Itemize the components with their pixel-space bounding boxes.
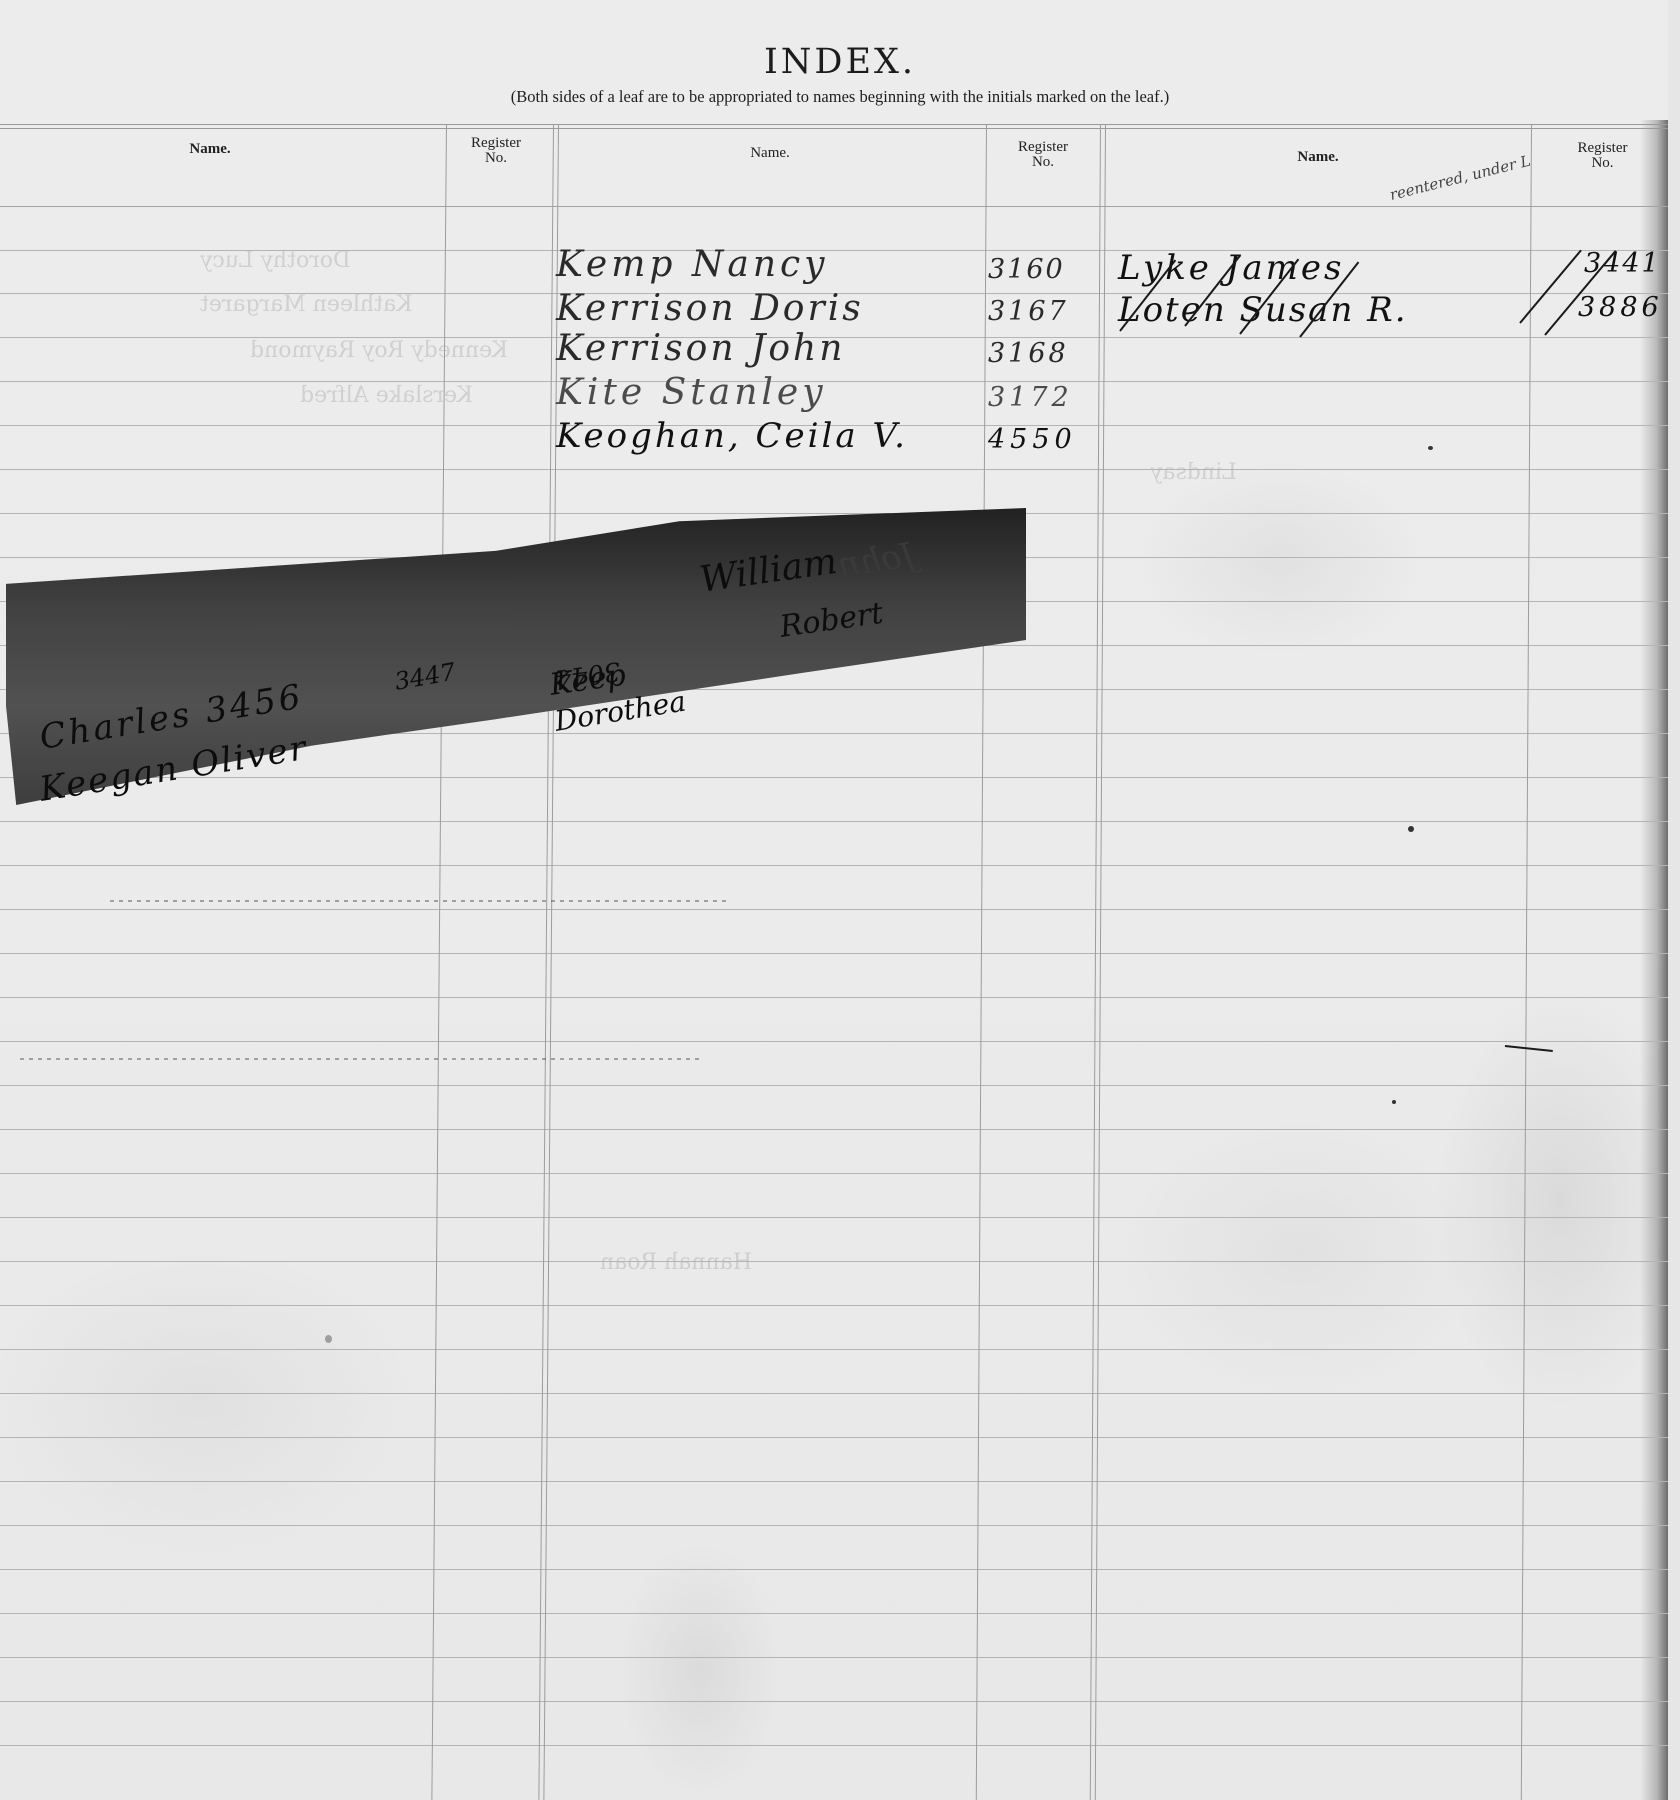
paste-residue-line bbox=[20, 1058, 700, 1060]
bleed-through-text: Hannah Roan bbox=[600, 1250, 752, 1275]
column-1-name-header: Name. bbox=[100, 142, 320, 157]
column-2-name-header: Name. bbox=[660, 146, 880, 161]
ruled-line bbox=[0, 250, 1668, 251]
ruled-line bbox=[0, 777, 1668, 778]
register-header-line2: No. bbox=[1550, 156, 1655, 171]
register-header-line2: No. bbox=[988, 155, 1098, 170]
ruled-line bbox=[0, 865, 1668, 866]
register-header-line1: Register bbox=[446, 136, 546, 151]
entry-register-no: 3167 bbox=[988, 296, 1069, 327]
ruled-line bbox=[0, 909, 1668, 910]
ruled-line bbox=[0, 1613, 1668, 1614]
bleed-through-text: Kerslake Alfred bbox=[300, 383, 473, 408]
column-divider bbox=[976, 124, 987, 1800]
ruled-line bbox=[0, 821, 1668, 822]
entry-register-no: 3886 bbox=[1578, 292, 1663, 323]
ruled-line bbox=[0, 1085, 1668, 1086]
arrow-mark bbox=[1505, 1045, 1553, 1052]
ruled-line bbox=[0, 997, 1668, 998]
entry-register-no: 3160 bbox=[988, 254, 1065, 285]
column-divider bbox=[431, 124, 447, 1800]
entry-name: Kite Stanley bbox=[556, 372, 827, 413]
page-subtitle: (Both sides of a leaf are to be appropri… bbox=[0, 87, 1680, 107]
ruled-line bbox=[0, 1217, 1668, 1218]
page-title: INDEX. bbox=[0, 42, 1680, 82]
ruled-line bbox=[0, 1569, 1668, 1570]
page-edge-shadow bbox=[1640, 120, 1668, 1800]
entry-name: Kerrison John bbox=[556, 328, 845, 369]
column-3-register-header: Register No. bbox=[1550, 141, 1655, 171]
ruled-line bbox=[0, 1701, 1668, 1702]
ruled-line bbox=[0, 1525, 1668, 1526]
ruled-line bbox=[0, 1173, 1668, 1174]
entry-register-no: 3172 bbox=[988, 382, 1073, 413]
index-page: Dorothy Lucy Kathleen Margaret Kennedy R… bbox=[0, 0, 1668, 1800]
header-top-rule bbox=[0, 124, 1668, 129]
ruled-line bbox=[0, 1261, 1668, 1262]
entry-name: Loten Susan R. bbox=[1118, 290, 1408, 330]
column-2-register-header: Register No. bbox=[988, 140, 1098, 170]
ruled-line bbox=[0, 469, 1668, 470]
entry-register-no: 4550 bbox=[988, 424, 1077, 455]
column-1-register-header: Register No. bbox=[446, 136, 546, 166]
column-3-name-header: Name. bbox=[1208, 150, 1428, 165]
paste-residue-line bbox=[110, 900, 730, 902]
ruled-line bbox=[0, 1349, 1668, 1350]
ruled-line bbox=[0, 953, 1668, 954]
ruled-line bbox=[0, 1437, 1668, 1438]
bleed-through-text: Kennedy Roy Raymond bbox=[250, 338, 508, 363]
ruled-line bbox=[0, 1041, 1668, 1042]
ruled-line bbox=[0, 1657, 1668, 1658]
entry-register-no: 3168 bbox=[988, 338, 1069, 369]
ruled-line bbox=[0, 381, 1668, 382]
header-bottom-rule bbox=[0, 206, 1668, 207]
stain-spot bbox=[325, 1335, 332, 1343]
ruled-line bbox=[0, 1305, 1668, 1306]
ruled-line bbox=[0, 513, 1668, 514]
strike-mark bbox=[1519, 250, 1582, 324]
column-divider bbox=[1521, 124, 1532, 1800]
ink-spot bbox=[1392, 1100, 1396, 1104]
bleed-through-text: Kathleen Margaret bbox=[200, 292, 413, 317]
register-header-line1: Register bbox=[1550, 141, 1655, 156]
ruled-line bbox=[0, 1745, 1668, 1746]
ink-spot bbox=[1428, 446, 1433, 450]
entry-name: Keoghan, Ceila V. bbox=[556, 416, 908, 456]
ruled-line bbox=[0, 1481, 1668, 1482]
ruled-line bbox=[0, 1393, 1668, 1394]
register-header-line2: No. bbox=[446, 151, 546, 166]
register-header-line1: Register bbox=[988, 140, 1098, 155]
entry-name: Kerrison Doris bbox=[556, 288, 864, 329]
ink-spot bbox=[1408, 826, 1414, 832]
entry-name: Kemp Nancy bbox=[556, 244, 829, 285]
column-divider-double bbox=[1090, 124, 1106, 1800]
ruled-line bbox=[0, 1129, 1668, 1130]
bleed-through-text: Lindsay bbox=[1150, 460, 1237, 485]
bleed-through-text: Dorothy Lucy bbox=[200, 248, 351, 273]
